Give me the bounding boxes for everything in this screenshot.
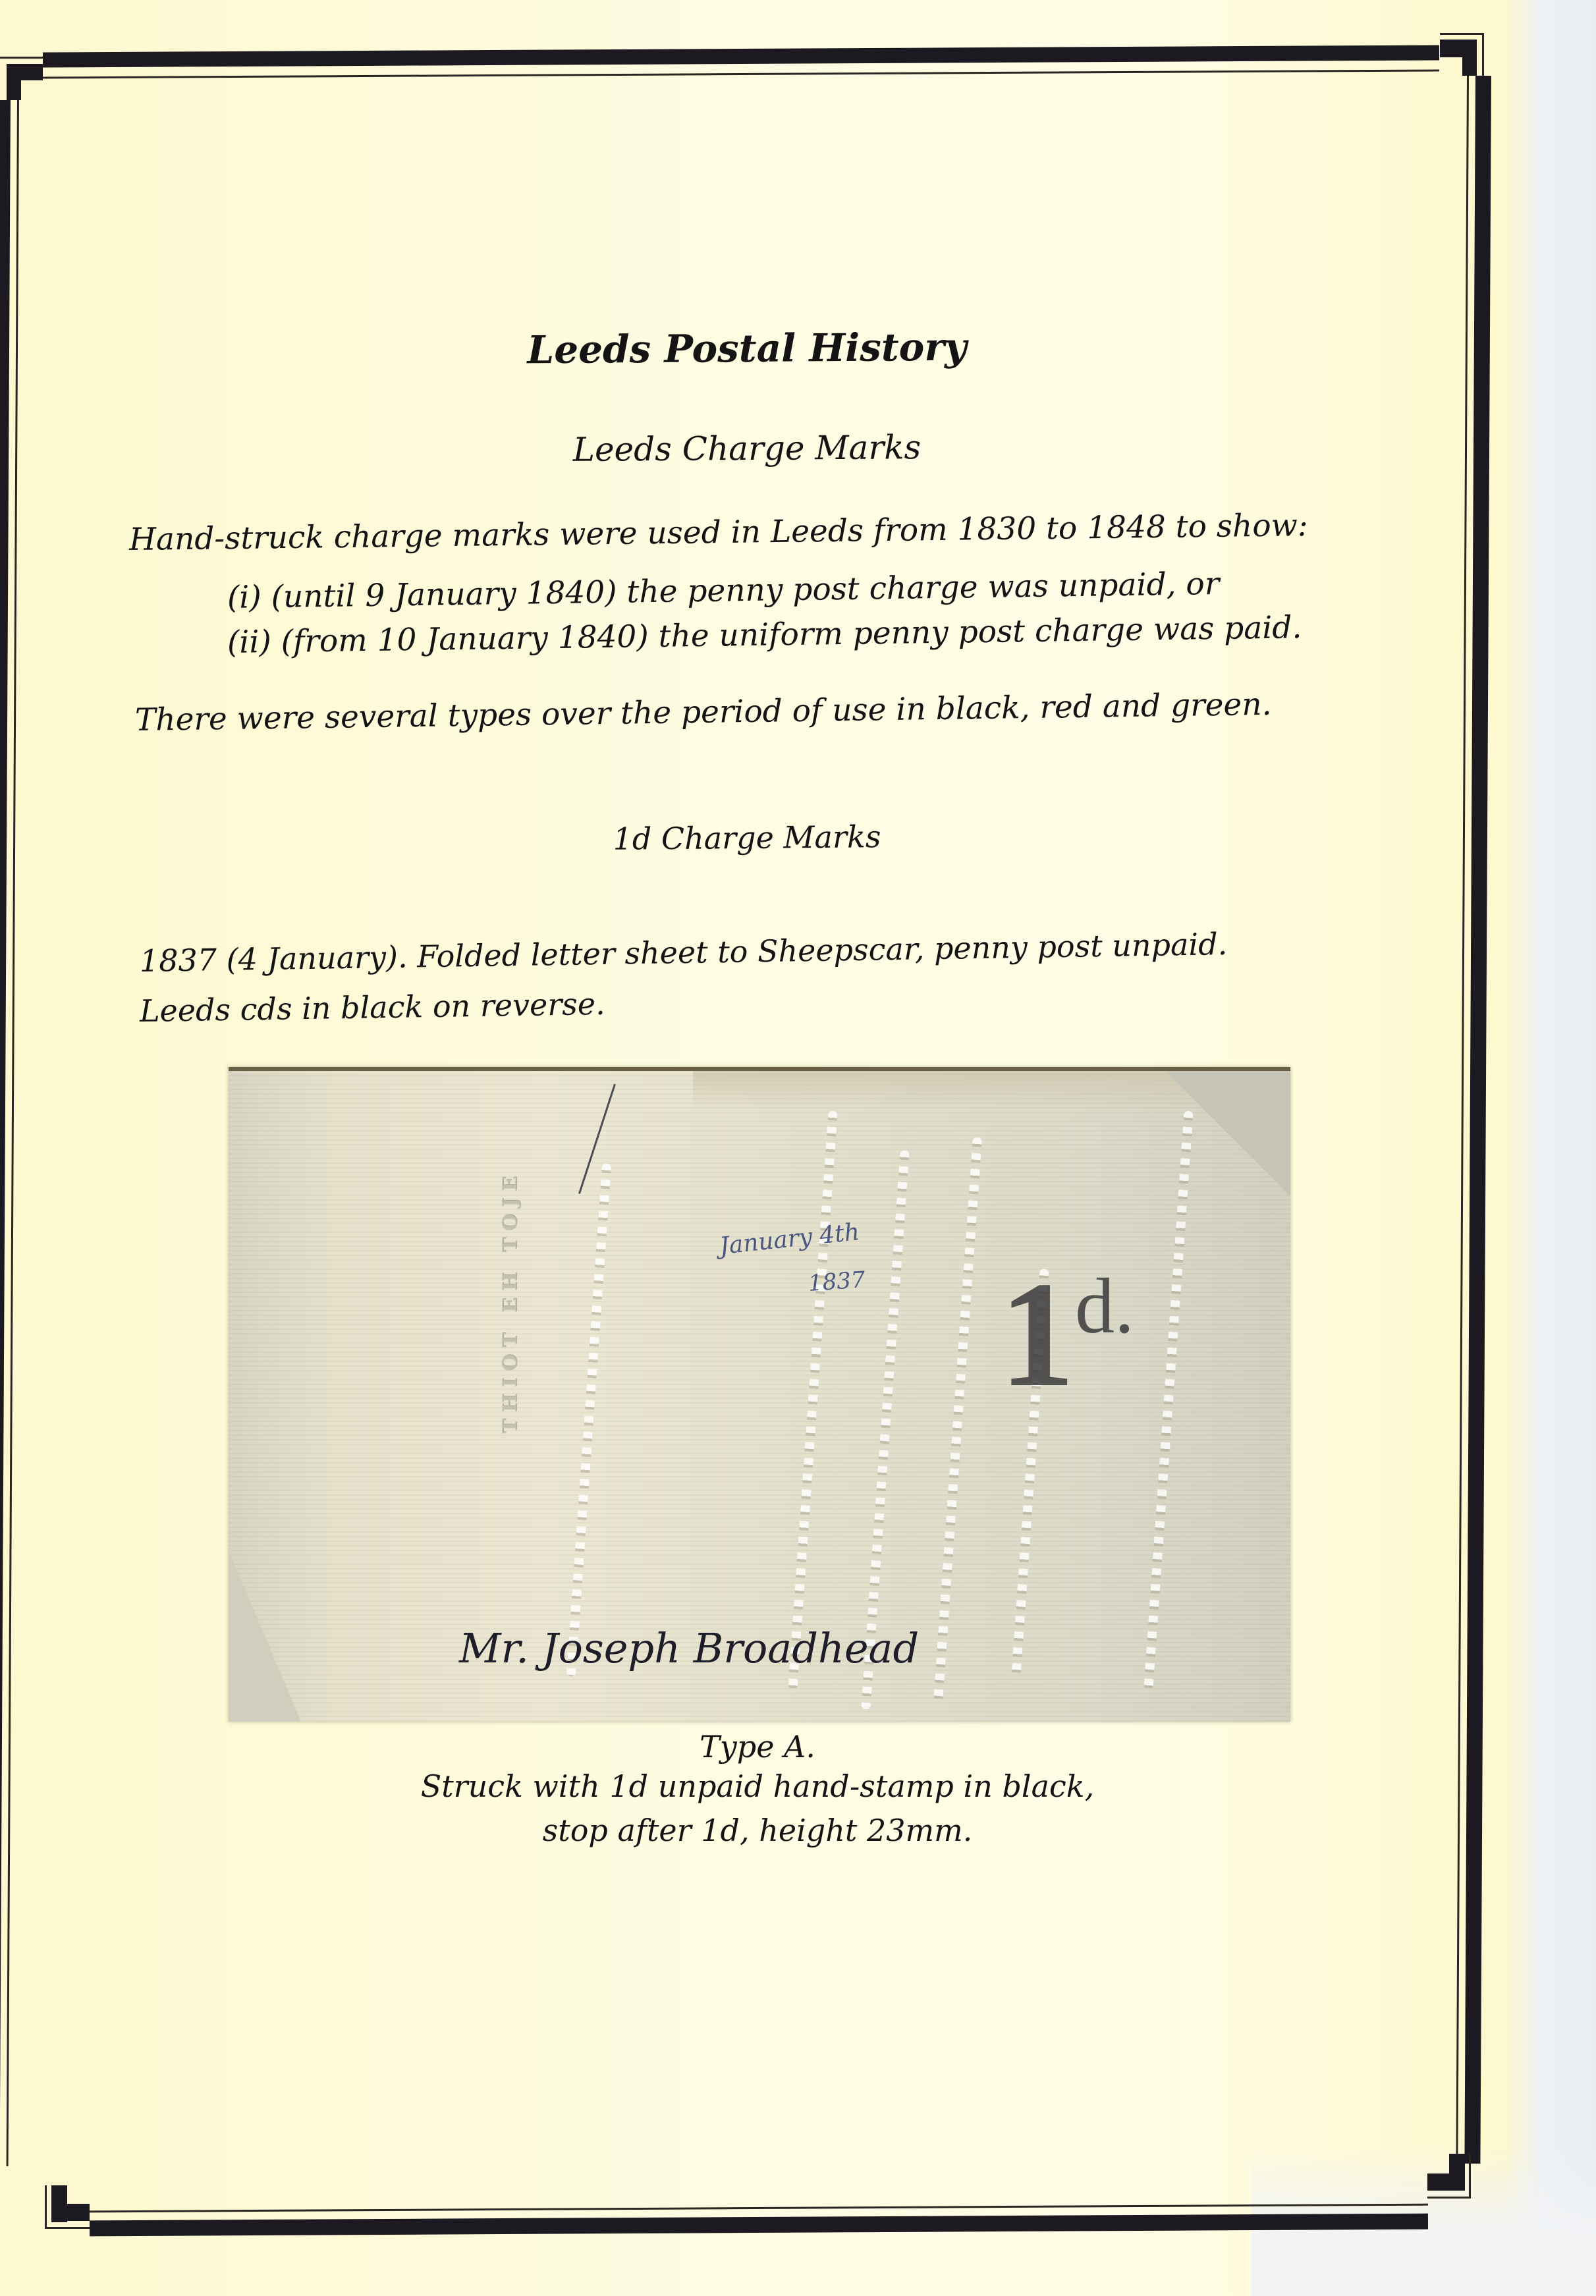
embossed-pattern xyxy=(566,1163,611,1676)
border-br-outer-line-v xyxy=(1469,2154,1471,2197)
border-corner-bl xyxy=(51,2204,90,2221)
folded-letter-sheet-image: THIOT EH TOJE January 4th 1837 1d. Mr. J… xyxy=(229,1067,1290,1722)
scanner-edge xyxy=(1504,0,1596,2296)
border-corner-tr-v xyxy=(1462,40,1477,76)
border-br-outer-line xyxy=(1427,2197,1471,2199)
docket-year: 1837 xyxy=(808,1267,866,1297)
embossed-pattern xyxy=(788,1111,837,1690)
letter-fold-corner-bottom xyxy=(229,1550,301,1722)
border-corner-tl-v xyxy=(7,64,21,100)
docket-date: January 4th xyxy=(718,1218,860,1260)
border-corner-br-v xyxy=(1449,2154,1465,2191)
border-tr-outer-line xyxy=(1440,33,1483,35)
caption-line: stop after 1d, height 23mm. xyxy=(0,1813,1515,1848)
border-top-outer-line xyxy=(0,57,43,59)
embossed-pattern xyxy=(1143,1111,1193,1690)
embossed-stationer-imprint: THIOT EH TOJE xyxy=(499,1170,522,1434)
border-bl-outer-line-v xyxy=(45,2185,47,2228)
exhibit-description-line: Leeds cds in black on reverse. xyxy=(140,986,605,1029)
address-name: Mr. Joseph Broadhead xyxy=(459,1624,919,1672)
1d-charge-mark-handstamp: 1d. xyxy=(999,1259,1134,1410)
caption-type: Type A. xyxy=(0,1729,1515,1764)
border-tr-outer-line-v xyxy=(1482,33,1484,76)
charge-mark-value: 1 xyxy=(999,1250,1075,1418)
caption-line: Struck with 1d unpaid hand-stamp in blac… xyxy=(0,1768,1515,1804)
charge-mark-suffix: d. xyxy=(1075,1262,1134,1350)
border-bl-outer-line xyxy=(45,2227,91,2229)
embossed-pattern xyxy=(933,1137,982,1703)
